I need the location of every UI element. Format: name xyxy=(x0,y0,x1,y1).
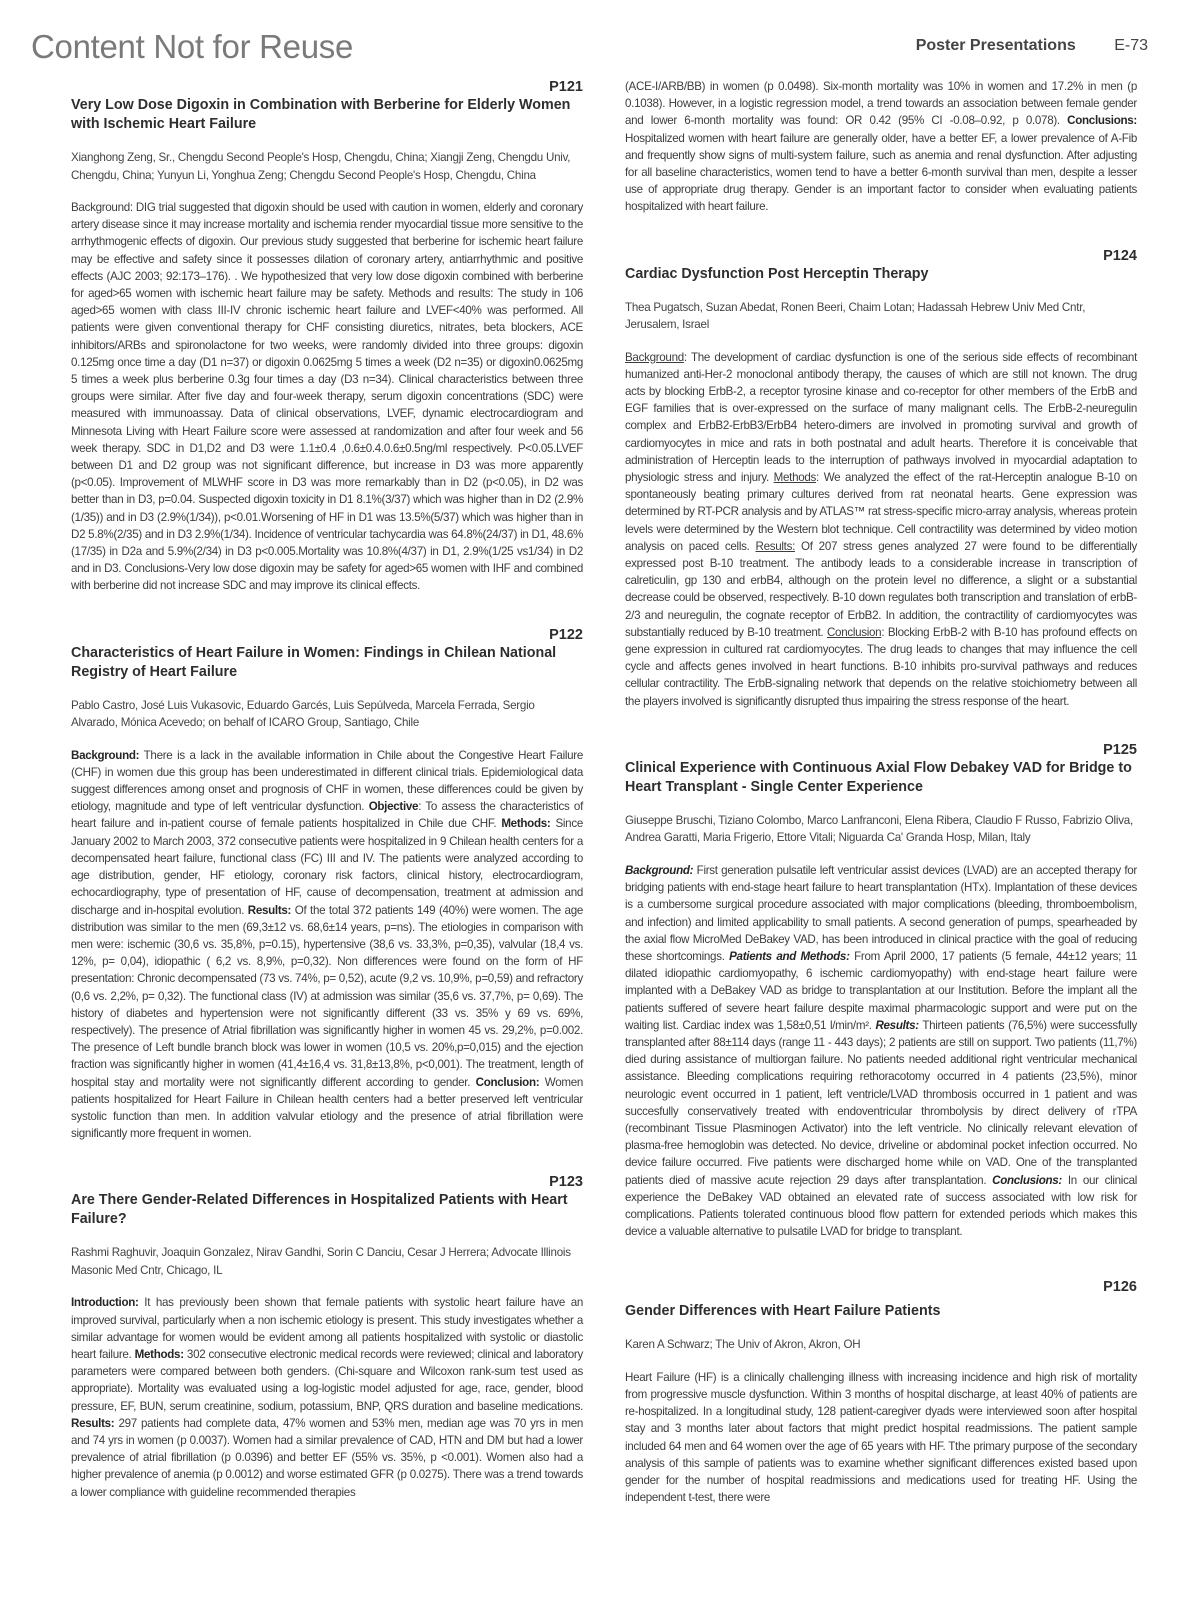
abstract-p125: P125 Clinical Experience with Continuous… xyxy=(625,741,1137,1240)
abstract-title: Are There Gender-Related Differences in … xyxy=(71,1191,583,1229)
section-label: Methods xyxy=(774,471,816,484)
section-label: Results: xyxy=(875,1019,918,1032)
section-text: (ACE-I/ARB/BB) in women (p 0.0498). Six-… xyxy=(625,80,1137,127)
page-number: E-73 xyxy=(1114,37,1148,54)
right-column: (ACE-I/ARB/BB) in women (p 0.0498). Six-… xyxy=(625,78,1137,1506)
abstract-authors: Thea Pugatsch, Suzan Abedat, Ronen Beeri… xyxy=(625,299,1137,334)
section-title: Poster Presentations xyxy=(916,37,1076,54)
section-text: 297 patients had complete data, 47% wome… xyxy=(71,1417,583,1499)
section-label: Methods: xyxy=(501,817,550,830)
section-label: Objective xyxy=(369,800,419,813)
section-text: : The development of cardiac dysfunction… xyxy=(625,351,1137,484)
abstract-p121: P121 Very Low Dose Digoxin in Combinatio… xyxy=(71,78,583,595)
abstract-p122: P122 Characteristics of Heart Failure in… xyxy=(71,626,583,1143)
watermark: Content Not for Reuse xyxy=(31,28,353,66)
section-text: Since January 2002 to March 2003, 372 co… xyxy=(71,817,583,916)
section-label: Background xyxy=(625,351,684,364)
section-label: Results: xyxy=(756,540,795,553)
section-label: Results: xyxy=(71,1417,114,1430)
abstract-p126: P126 Gender Differences with Heart Failu… xyxy=(625,1278,1137,1506)
section-text: First generation pulsatile left ventricu… xyxy=(625,864,1137,963)
abstract-p123-continuation: (ACE-I/ARB/BB) in women (p 0.0498). Six-… xyxy=(625,78,1137,216)
abstract-body: Background: First generation pulsatile l… xyxy=(625,862,1137,1240)
abstract-body: Background: There is a lack in the avail… xyxy=(71,747,583,1143)
section-label: Methods: xyxy=(135,1348,184,1361)
abstract-authors: Karen A Schwarz; The Univ of Akron, Akro… xyxy=(625,1336,1137,1354)
abstract-title: Characteristics of Heart Failure in Wome… xyxy=(71,644,583,682)
section-label: Background: xyxy=(71,749,139,762)
abstract-authors: Pablo Castro, José Luis Vukasovic, Eduar… xyxy=(71,697,583,732)
section-label: Introduction: xyxy=(71,1296,139,1309)
abstract-id: P125 xyxy=(625,741,1137,759)
section-label: Results: xyxy=(248,904,291,917)
section-text: Of the total 372 patients 149 (40%) were… xyxy=(71,904,583,1089)
section-text: Of 207 stress genes analyzed 27 were fou… xyxy=(625,540,1137,639)
section-label: Conclusion: xyxy=(476,1076,540,1089)
abstract-title: Clinical Experience with Continuous Axia… xyxy=(625,759,1137,797)
abstract-title: Cardiac Dysfunction Post Herceptin Thera… xyxy=(625,265,1137,284)
left-column: P121 Very Low Dose Digoxin in Combinatio… xyxy=(71,78,583,1501)
abstract-p124: P124 Cardiac Dysfunction Post Herceptin … xyxy=(625,247,1137,710)
abstract-body: Heart Failure (HF) is a clinically chall… xyxy=(625,1369,1137,1507)
abstract-id: P122 xyxy=(71,626,583,644)
section-text: Hospitalized women with heart failure ar… xyxy=(625,132,1137,214)
abstract-id: P123 xyxy=(71,1173,583,1191)
abstract-p123: P123 Are There Gender-Related Difference… xyxy=(71,1173,583,1500)
abstract-authors: Giuseppe Bruschi, Tiziano Colombo, Marco… xyxy=(625,812,1137,847)
abstract-body: Background: DIG trial suggested that dig… xyxy=(71,199,583,595)
abstract-body: Introduction: It has previously been sho… xyxy=(71,1294,583,1500)
abstract-id: P121 xyxy=(71,78,583,96)
section-label: Conclusions: xyxy=(992,1174,1062,1187)
section-text: Thirteen patients (76,5%) were successfu… xyxy=(625,1019,1137,1187)
abstract-title: Very Low Dose Digoxin in Combination wit… xyxy=(71,96,583,134)
abstract-authors: Xianghong Zeng, Sr., Chengdu Second Peop… xyxy=(71,149,583,184)
abstract-id: P126 xyxy=(625,1278,1137,1296)
section-label: Background: xyxy=(625,864,693,877)
section-label: Conclusion xyxy=(827,626,881,639)
abstract-body: Background: The development of cardiac d… xyxy=(625,349,1137,710)
abstract-title: Gender Differences with Heart Failure Pa… xyxy=(625,1302,1137,1321)
running-head: Poster Presentations E-73 xyxy=(916,37,1148,55)
abstract-id: P124 xyxy=(625,247,1137,265)
abstract-authors: Rashmi Raghuvir, Joaquin Gonzalez, Nirav… xyxy=(71,1244,583,1279)
section-label: Conclusions: xyxy=(1067,114,1137,127)
section-label: Patients and Methods: xyxy=(729,950,850,963)
